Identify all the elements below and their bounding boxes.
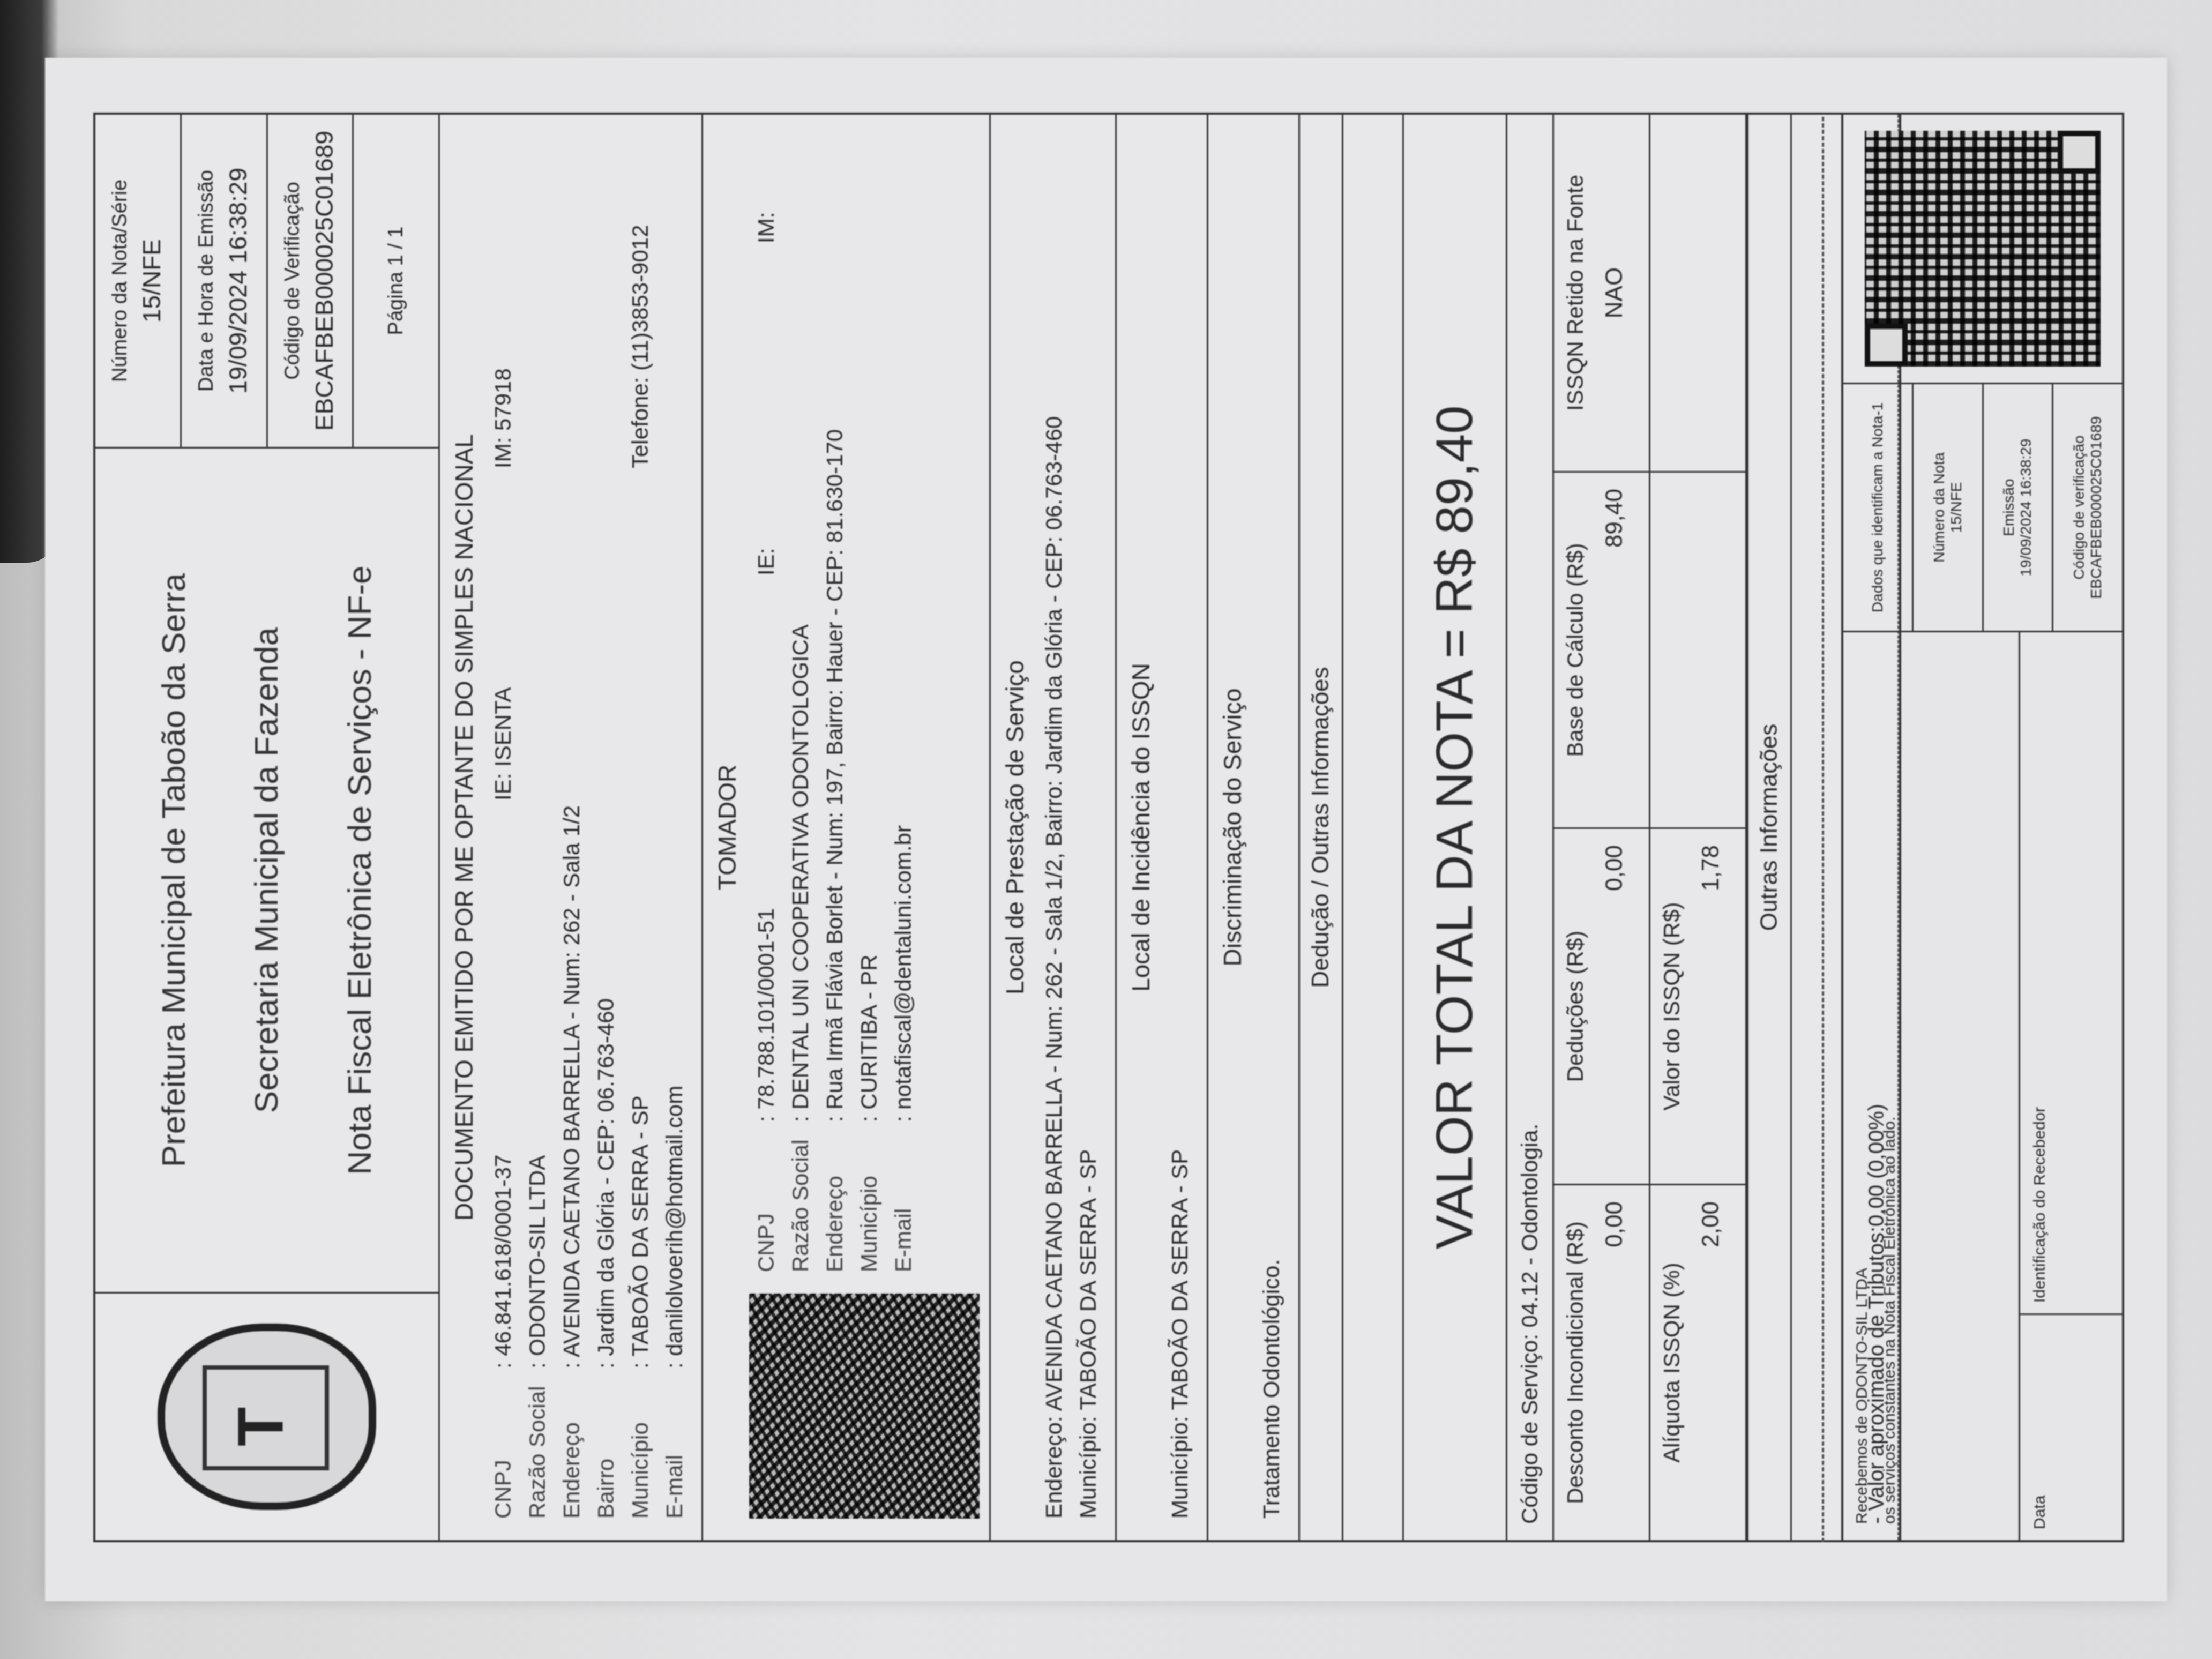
- outras-informacoes-title: Outras Informações: [1748, 115, 1792, 1540]
- recibo-codigo-value: EBCAFBEB000025C01689: [2088, 416, 2105, 599]
- bairro-label: Bairro: [589, 1369, 623, 1519]
- valor-label: Desconto Incondicional (R$): [1563, 1201, 1588, 1524]
- tomador-cnpj-row: CNPJ : 78.788.101/0001-51 IE: IM:: [749, 136, 783, 1272]
- municipio-value: : CURITIBA - PR: [852, 136, 886, 1122]
- discriminacao-section: Discriminação do Serviço Tratamento Odon…: [1208, 115, 1300, 1540]
- recibo-emissao-label: Emissão: [2000, 479, 2017, 536]
- prestador-bairro-row: Bairro : Jardim da Glória - CEP: 06.763-…: [589, 136, 623, 1519]
- endereco-label: Endereço: [818, 1122, 852, 1272]
- telefone-value: Telefone: (11)3853-9012: [623, 136, 657, 468]
- endereco-label: Endereço: [555, 1369, 589, 1519]
- municipal-crest-icon: [158, 1324, 376, 1510]
- local-incidencia-section: Local de Incidência do ISSQN Município: …: [1117, 115, 1208, 1540]
- email-label: E-mail: [886, 1122, 921, 1272]
- im-value: IM:: [749, 136, 783, 243]
- prestador-razao-row: Razão Social : ODONTO-SIL LTDA: [520, 136, 555, 1519]
- ie-value: IE: ISENTA: [486, 468, 520, 801]
- valor-value: 89,40: [1601, 489, 1628, 811]
- tomador-municipio-row: Município : CURITIBA - PR: [852, 136, 886, 1272]
- pagina-label: Página 1 / 1: [385, 227, 408, 335]
- simples-nacional-banner: DOCUMENTO EMITIDO POR ME OPTANTE DO SIMP…: [450, 136, 479, 1519]
- tomador-email-row: E-mail : notafiscal@dentaluni.com.br: [886, 136, 921, 1272]
- valor-value: 1,78: [1698, 845, 1724, 1168]
- valor-label: Base de Cálculo (R$): [1563, 489, 1588, 811]
- valor-label: ISSQN Retido na Fonte: [1563, 131, 1588, 455]
- meta-box: Número da Nota/Série 15/NFE Data e Hora …: [95, 115, 438, 447]
- discriminacao-text: Tratamento Odontológico.: [1254, 136, 1289, 1519]
- recibo-numero-value: 15/NFE: [1948, 482, 1965, 533]
- valor-value: 0,00: [1601, 1201, 1628, 1524]
- valor-value: NAO: [1601, 131, 1628, 455]
- numero-nota-label: Número da Nota/Série: [109, 180, 132, 382]
- cnpj-label: CNPJ: [749, 1122, 783, 1272]
- prestador-cnpj-row: CNPJ : 46.841.618/0001-37 IE: ISENTA IM:…: [486, 136, 520, 1519]
- valor-cell: Alíquota ISSQN (%)2,00: [1650, 1184, 1747, 1540]
- tomador-endereco-row: Endereço : Rua Irmã Flávia Borlet - Num:…: [818, 136, 852, 1272]
- municipio-label: Município: [623, 1369, 657, 1519]
- prestador-endereco-row: Endereço : AVENIDA CAETANO BARRELLA - Nu…: [555, 136, 589, 1519]
- data-emissao-cell: Data e Hora de Emissão 19/09/2024 16:38:…: [182, 115, 268, 447]
- valor-cell: Valor do ISSQN (R$)1,78: [1650, 827, 1747, 1184]
- razao-label: Razão Social: [520, 1369, 555, 1519]
- data-emissao-value: 19/09/2024 16:38:29: [223, 168, 252, 394]
- tomador-title: TOMADOR: [713, 136, 742, 1519]
- endereco-value: : Rua Irmã Flávia Borlet - Num: 197, Bai…: [818, 136, 852, 1122]
- endereco-value: : AVENIDA CAETANO BARRELLA - Num: 262 - …: [555, 136, 589, 1369]
- razao-value: : ODONTO-SIL LTDA: [520, 136, 555, 1369]
- numero-nota-cell: Número da Nota/Série 15/NFE: [95, 115, 182, 447]
- municipio-value: : TABOÃO DA SERRA - SP: [623, 468, 657, 1369]
- deducao-title: Dedução / Outras Informações: [1300, 115, 1342, 1540]
- cnpj-value: : 78.788.101/0001-51: [749, 576, 783, 1122]
- prestador-municipio-row: Município : TABOÃO DA SERRA - SP Telefon…: [623, 136, 657, 1519]
- local-incidencia-title: Local de Incidência do ISSQN: [1126, 136, 1155, 1519]
- redacted-qr-icon: [749, 1294, 980, 1519]
- title-box: Prefeitura Municipal de Taboão da Serra …: [95, 447, 438, 1292]
- tomador-section: TOMADOR CNPJ : 78.788.101/0001-51 IE: IM…: [703, 115, 991, 1540]
- recibo-line2: os serviços constantes na Nota Fiscal El…: [1881, 632, 1909, 1540]
- document-title: Nota Fiscal Eletrônica de Serviços - NF-…: [341, 565, 379, 1175]
- valor-cell: [1650, 115, 1747, 471]
- valor-cell: [1650, 471, 1747, 827]
- recibo-dados-label: Dados que identificam a Nota-1: [1869, 402, 1886, 612]
- im-value: IM: 57918: [486, 136, 520, 468]
- codigo-verificacao-label: Código de Verificação: [281, 182, 304, 380]
- cut-line: [1822, 117, 1824, 1542]
- bairro-value: : Jardim da Glória - CEP: 06.763-460: [589, 136, 623, 1369]
- valor-cell: ISSQN Retido na FonteNAO: [1554, 115, 1650, 471]
- receipt-stub: Recebemos de ODONTO-SIL LTDA os serviços…: [1841, 113, 2124, 1542]
- local-prestacao-municipio: Município: TABOÃO DA SERRA - SP: [1071, 136, 1105, 1519]
- recibo-numero-label: Número da Nota: [1931, 452, 1948, 562]
- recibo-data-label: Data: [2020, 1313, 2122, 1540]
- prefeitura-title: Prefeitura Municipal de Taboão da Serra: [155, 573, 193, 1168]
- razao-label: Razão Social: [783, 1122, 818, 1272]
- pagina-cell: Página 1 / 1: [354, 115, 438, 447]
- email-value: : notafiscal@dentaluni.com.br: [886, 136, 921, 1122]
- valor-label: Alíquota ISSQN (%): [1659, 1201, 1685, 1524]
- qr-code-icon: [1865, 131, 2101, 367]
- ie-value: IE:: [749, 243, 783, 576]
- recibo-line1: Recebemos de ODONTO-SIL LTDA: [1843, 632, 1881, 1540]
- numero-nota-value: 15/NFE: [137, 239, 166, 323]
- secretaria-title: Secretaria Municipal da Fazenda: [248, 627, 286, 1113]
- prestador-email-row: E-mail : danilolvoerih@hotmail.com: [657, 136, 692, 1519]
- valores-grid: Desconto Incondicional (R$)0,00Deduções …: [1554, 115, 1748, 1540]
- valor-label: Deduções (R$): [1563, 845, 1588, 1168]
- local-prestacao-title: Local de Prestação de Serviço: [1000, 136, 1029, 1519]
- recibo-assinatura-label: Identificação do Recebedor: [2020, 1096, 2122, 1313]
- recibo-emissao-value: 19/09/2024 16:38:29: [2017, 439, 2035, 577]
- valor-cell: Deduções (R$)0,00: [1554, 827, 1650, 1184]
- local-incidencia-municipio: Município: TABOÃO DA SERRA - SP: [1163, 136, 1197, 1519]
- email-value: : danilolvoerih@hotmail.com: [657, 136, 692, 1369]
- tomador-razao-row: Razão Social : DENTAL UNI COOPERATIVA OD…: [783, 136, 818, 1272]
- valor-total: VALOR TOTAL DA NOTA = R$ 89,40: [1402, 115, 1507, 1540]
- razao-value: : DENTAL UNI COOPERATIVA ODONTOLOGICA: [783, 136, 818, 1122]
- local-prestacao-section: Local de Prestação de Serviço Endereço: …: [991, 115, 1117, 1540]
- document-header: Prefeitura Municipal de Taboão da Serra …: [95, 115, 440, 1540]
- codigo-verificacao-value: EBCAFBEB000025C01689: [310, 131, 339, 431]
- cnpj-label: CNPJ: [486, 1369, 520, 1519]
- codigo-servico-row: Código de Serviço: 04.12 - Odontologia.: [1507, 115, 1554, 1540]
- discriminacao-title: Discriminação do Serviço: [1218, 136, 1247, 1519]
- valor-value: 0,00: [1601, 845, 1628, 1168]
- cnpj-value: : 46.841.618/0001-37: [486, 801, 520, 1369]
- valor-label: Valor do ISSQN (R$): [1659, 845, 1685, 1168]
- email-label: E-mail: [657, 1369, 692, 1519]
- valor-value: 2,00: [1698, 1201, 1724, 1524]
- data-emissao-label: Data e Hora de Emissão: [195, 170, 218, 392]
- logo-box: [95, 1292, 438, 1540]
- municipio-label: Município: [852, 1122, 886, 1272]
- codigo-verificacao-cell: Código de Verificação EBCAFBEB000025C016…: [268, 115, 354, 447]
- local-prestacao-endereco: Endereço: AVENIDA CAETANO BARRELLA - Num…: [1037, 136, 1071, 1519]
- valor-cell: Base de Cálculo (R$)89,40: [1554, 471, 1650, 827]
- invoice-paper: Prefeitura Municipal de Taboão da Serra …: [45, 58, 2167, 1601]
- recibo-codigo-label: Código de verificação: [2071, 435, 2088, 579]
- prestador-section: DOCUMENTO EMITIDO POR ME OPTANTE DO SIMP…: [440, 115, 703, 1540]
- nfse-document: Prefeitura Municipal de Taboão da Serra …: [93, 113, 1901, 1542]
- valor-cell: Desconto Incondicional (R$)0,00: [1554, 1184, 1650, 1540]
- codigo-servico: Código de Serviço: 04.12 - Odontologia.: [1513, 131, 1547, 1524]
